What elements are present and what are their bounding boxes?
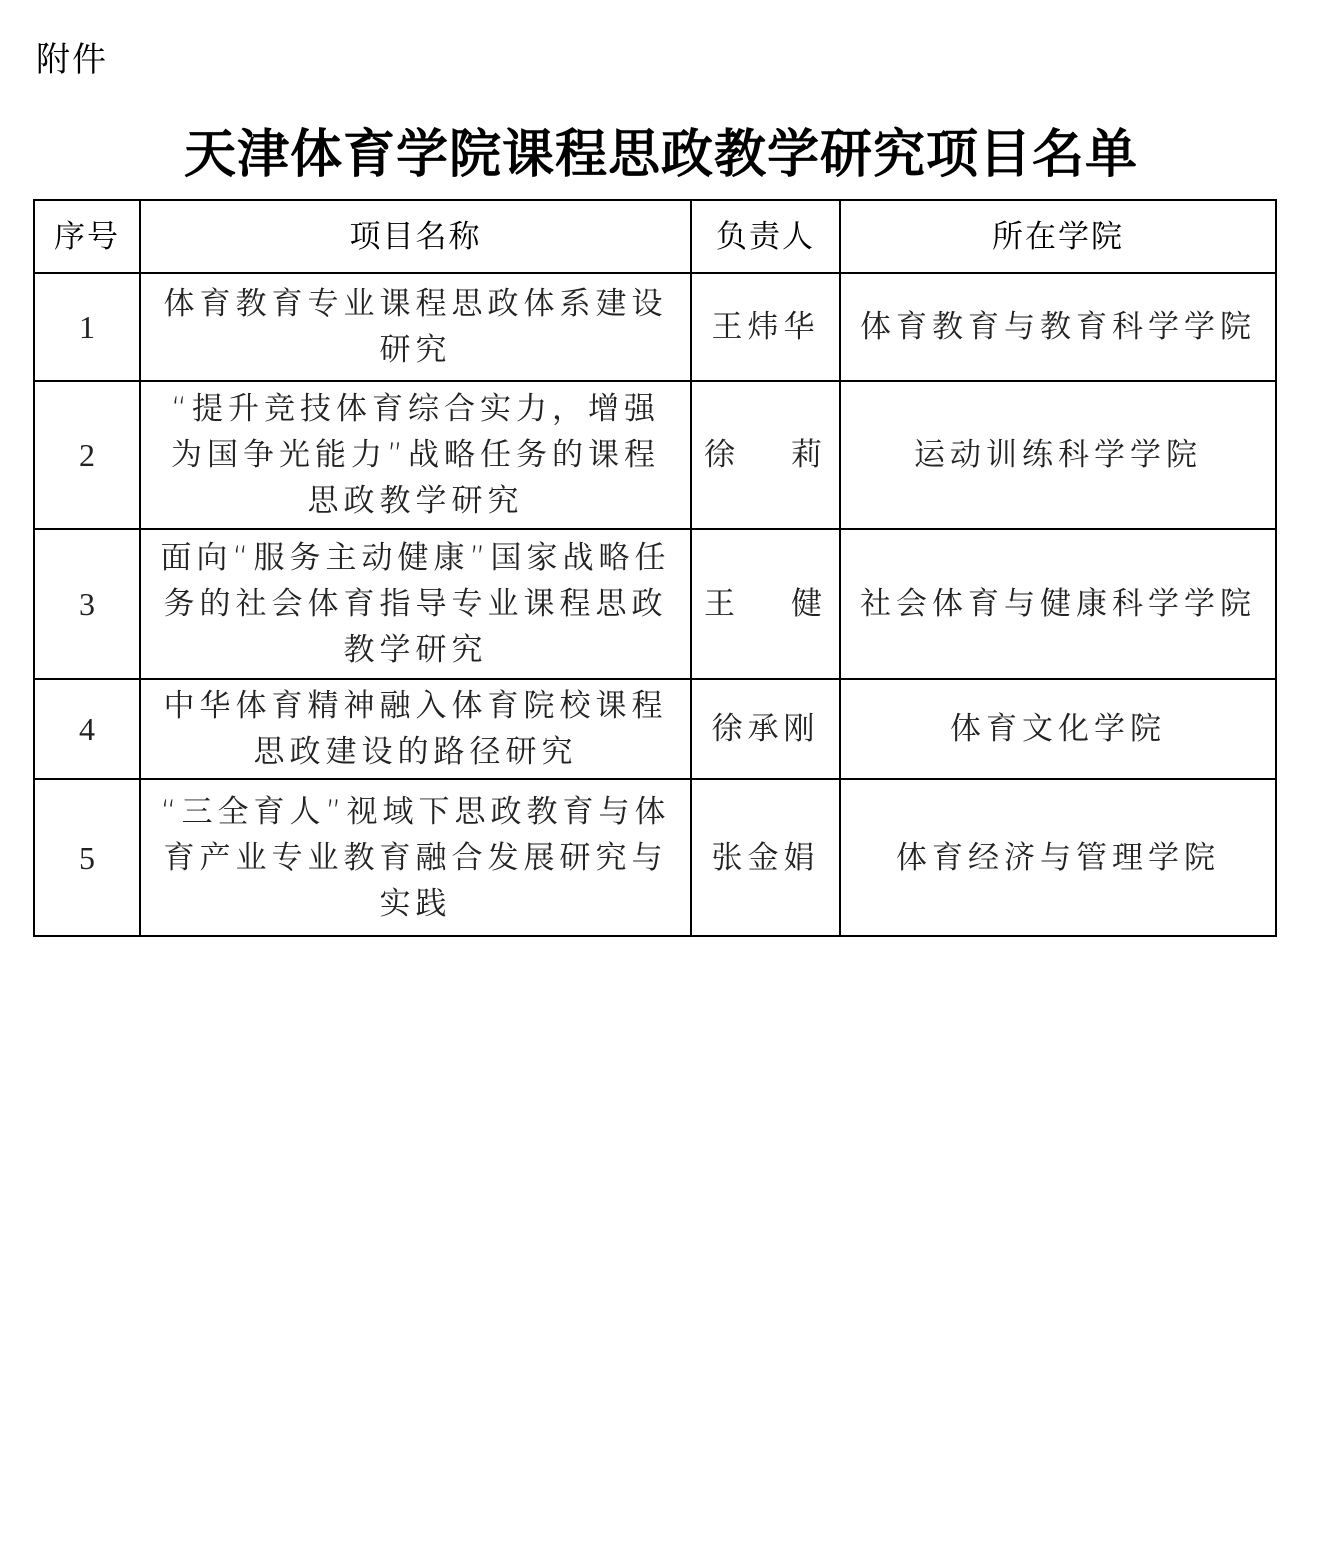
table-row: 5 “三全育人”视域下思政教育与体育产业专业教育融合发展研究与实践 张金娟 体育… <box>34 779 1276 936</box>
header-leader: 负责人 <box>691 200 840 273</box>
header-project-name: 项目名称 <box>140 200 691 273</box>
row-index: 4 <box>34 679 140 779</box>
row-project-name: 中华体育精神融入体育院校课程思政建设的路径研究 <box>140 679 691 779</box>
row-college: 体育文化学院 <box>840 679 1276 779</box>
row-college: 体育教育与教育科学学院 <box>840 273 1276 381</box>
row-leader: 徐承刚 <box>691 679 840 779</box>
row-project-name: “三全育人”视域下思政教育与体育产业专业教育融合发展研究与实践 <box>140 779 691 936</box>
row-index: 1 <box>34 273 140 381</box>
document-title: 天津体育学院课程思政教学研究项目名单 <box>0 122 1322 188</box>
table-row: 4 中华体育精神融入体育院校课程思政建设的路径研究 徐承刚 体育文化学院 <box>34 679 1276 779</box>
project-list-table: 序号 项目名称 负责人 所在学院 1 体育教育专业课程思政体系建设研究 王炜华 … <box>33 199 1277 937</box>
row-project-name: 体育教育专业课程思政体系建设研究 <box>140 273 691 381</box>
attachment-label: 附件 <box>36 36 108 84</box>
table-row: 2 “提升竞技体育综合实力，增强为国争光能力”战略任务的课程思政教学研究 徐 莉… <box>34 381 1276 529</box>
row-index: 5 <box>34 779 140 936</box>
row-leader: 王炜华 <box>691 273 840 381</box>
table-row: 1 体育教育专业课程思政体系建设研究 王炜华 体育教育与教育科学学院 <box>34 273 1276 381</box>
row-college: 社会体育与健康科学学院 <box>840 529 1276 679</box>
row-college: 体育经济与管理学院 <box>840 779 1276 936</box>
row-leader: 徐 莉 <box>691 381 840 529</box>
table-row: 3 面向“服务主动健康”国家战略任务的社会体育指导专业课程思政教学研究 王 健 … <box>34 529 1276 679</box>
row-project-name: 面向“服务主动健康”国家战略任务的社会体育指导专业课程思政教学研究 <box>140 529 691 679</box>
row-index: 3 <box>34 529 140 679</box>
row-college: 运动训练科学学院 <box>840 381 1276 529</box>
table-header-row: 序号 项目名称 负责人 所在学院 <box>34 200 1276 273</box>
row-leader: 王 健 <box>691 529 840 679</box>
row-leader: 张金娟 <box>691 779 840 936</box>
header-college: 所在学院 <box>840 200 1276 273</box>
row-index: 2 <box>34 381 140 529</box>
header-index: 序号 <box>34 200 140 273</box>
row-project-name: “提升竞技体育综合实力，增强为国争光能力”战略任务的课程思政教学研究 <box>140 381 691 529</box>
